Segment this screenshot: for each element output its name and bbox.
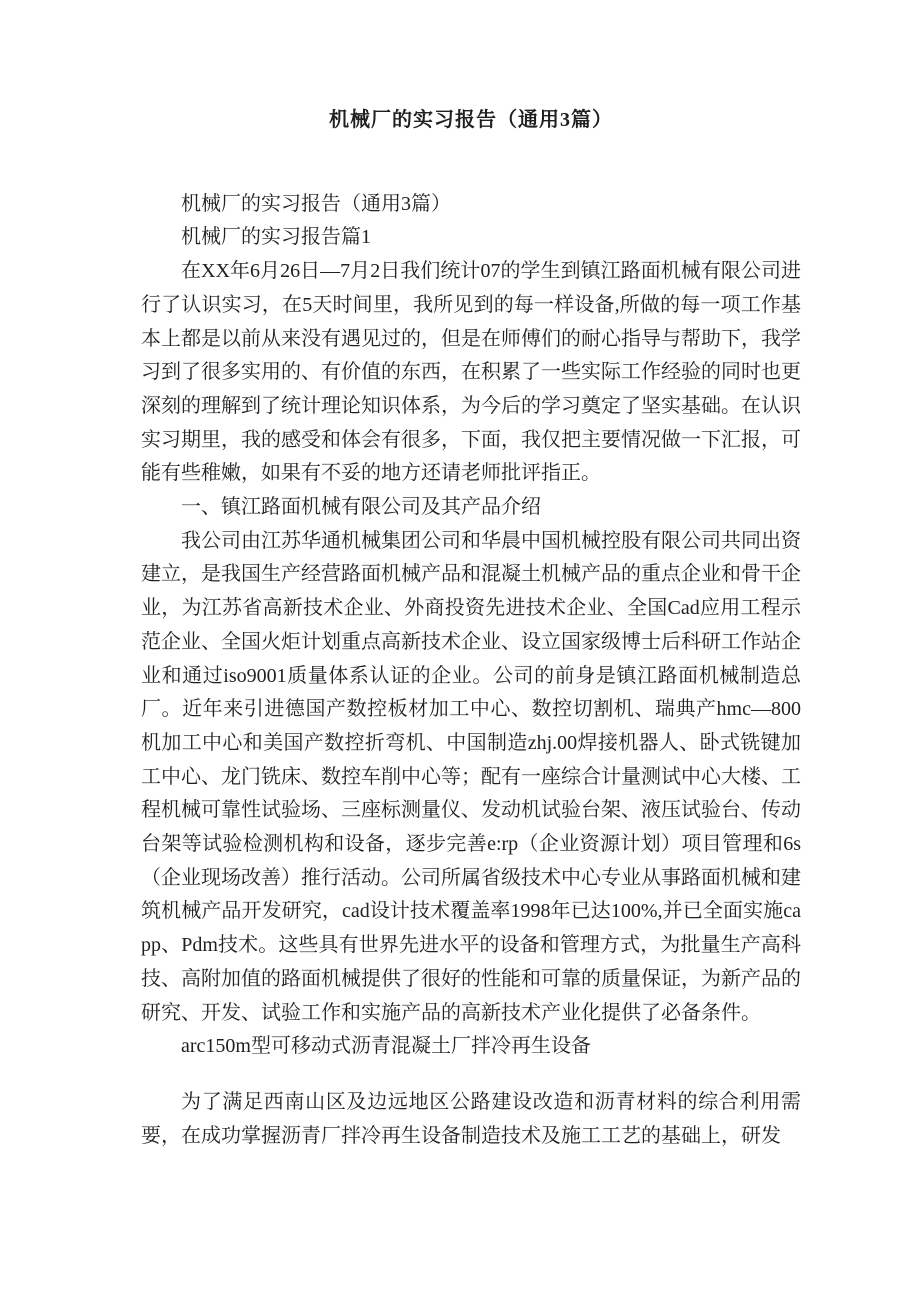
paragraph-part1-heading: 机械厂的实习报告篇1: [141, 221, 801, 255]
document-body: 机械厂的实习报告（通用3篇） 机械厂的实习报告篇1 在XX年6月26日—7月2日…: [141, 188, 801, 1154]
document-content: 机械厂的实习报告（通用3篇） 机械厂的实习报告（通用3篇） 机械厂的实习报告篇1…: [0, 0, 920, 1153]
document-page: 机械厂的实习报告（通用3篇） 机械厂的实习报告（通用3篇） 机械厂的实习报告篇1…: [0, 0, 920, 1301]
paragraph-product-heading: arc150m型可移动式沥青混凝土厂拌冷再生设备: [141, 1030, 801, 1064]
paragraph-product-intro: 为了满足西南山区及边远地区公路建设改造和沥青材料的综合利用需要，在成功掌握沥青厂…: [141, 1086, 801, 1153]
paragraph-company-intro: 我公司由江苏华通机械集团公司和华晨中国机械控股有限公司共同出资建立，是我国生产经…: [141, 525, 801, 1031]
document-title: 机械厂的实习报告（通用3篇）: [141, 104, 801, 138]
paragraph-subtitle: 机械厂的实习报告（通用3篇）: [141, 188, 801, 222]
paragraph-section1-heading: 一、镇江路面机械有限公司及其产品介绍: [141, 491, 801, 525]
paragraph-intro: 在XX年6月26日—7月2日我们统计07的学生到镇江路面机械有限公司进行了认识实…: [141, 255, 801, 491]
